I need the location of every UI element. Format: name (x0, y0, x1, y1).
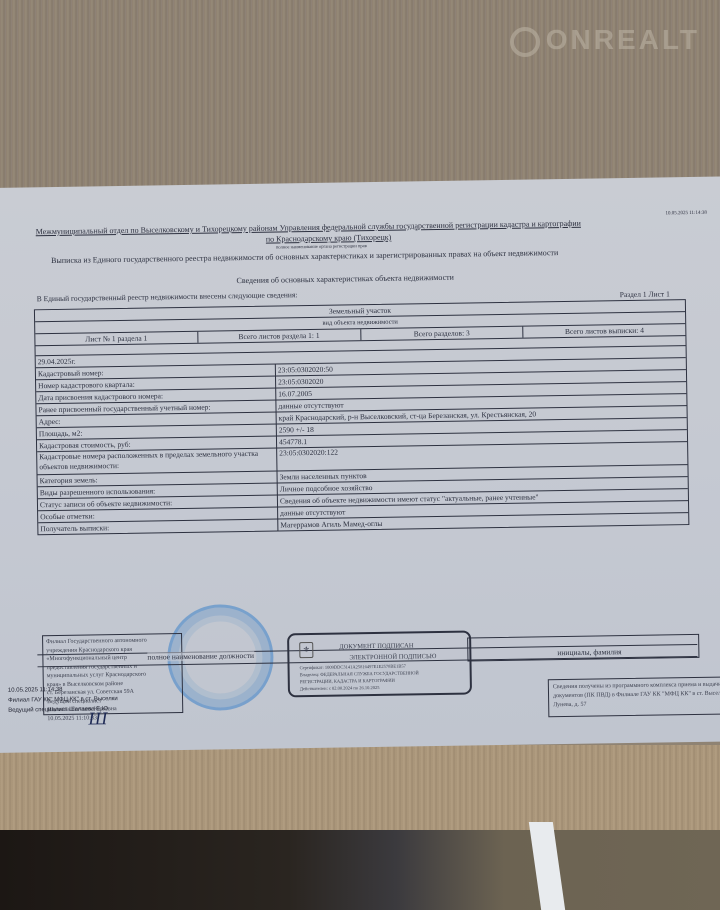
coat-of-arms-icon: ⚜ (299, 642, 313, 658)
printed-timestamp: 10.05.2025 11:14:38 (665, 211, 706, 217)
document-page: Межмуниципальный отдел по Выселковскому … (0, 176, 720, 753)
handwritten-signature: Ш (88, 708, 107, 729)
row-label: Кадастровые номера расположенных в преде… (37, 449, 277, 475)
organization-note: полное наименование органа регистрации п… (276, 243, 367, 249)
document-title: Выписка из Единого государственного реес… (51, 248, 558, 265)
watermark: ONREALT (510, 24, 700, 57)
document-subtitle: Сведения об основных характеристиках объ… (236, 273, 454, 285)
section-reference: Раздел 1 Лист 1 (620, 289, 670, 299)
intro-text: В Единый государственный реестр недвижим… (37, 290, 298, 303)
mfc-line: 10.05.2025 11:10:33 (47, 713, 179, 724)
organization-region: по Краснодарскому краю (Тихорецк) (266, 233, 392, 244)
initials-label: инициалы, фамилия (557, 647, 621, 657)
certify-timestamp: 10.05.2025 11:14:38 (8, 687, 63, 694)
info-source-box: Сведения получены из программного компле… (548, 676, 720, 717)
electronic-signature-block: ⚜ ДОКУМЕНТ ПОДПИСАН ЭЛЕКТРОННОЙ ПОДПИСЬЮ… (287, 630, 472, 697)
watermark-logo-icon (510, 27, 540, 57)
table-edge (0, 745, 720, 835)
position-label: полное наименование должности (147, 651, 254, 662)
row-label: Получатель выписки: (38, 520, 278, 535)
floor-area (0, 830, 720, 910)
property-table: Земельный участок вид объекта недвижимос… (34, 299, 689, 535)
